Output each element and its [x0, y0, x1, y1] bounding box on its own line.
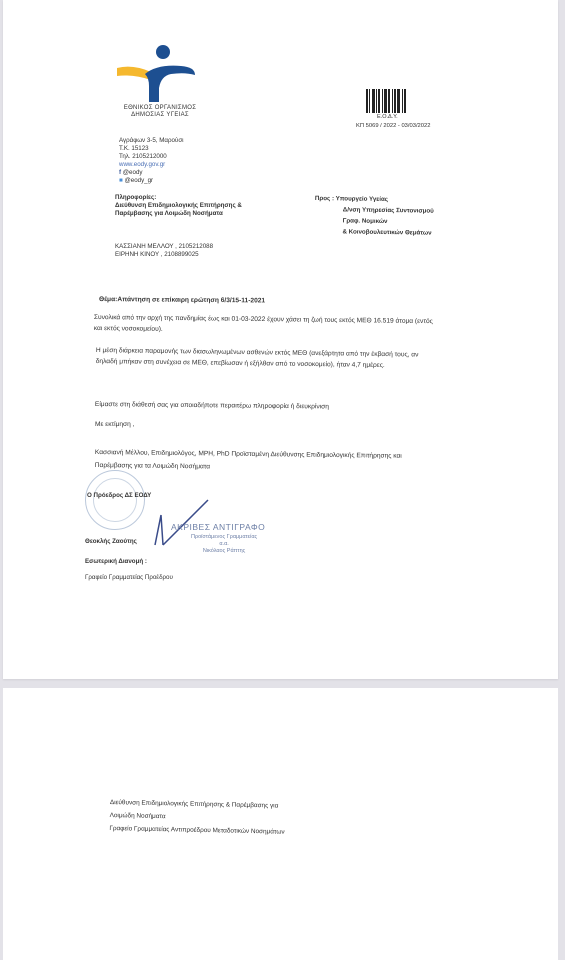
info-block: Πληροφορίες: Διεύθυνση Επιδημιολογικής Ε…	[115, 194, 242, 218]
document-page-2: Διεύθυνση Επιδημιολογικής Επιτήρησης & Π…	[3, 688, 558, 960]
paragraph-2-line2: δηλαδή μπήκαν στη συνέχεια σε ΜΕΘ, επεβί…	[96, 357, 419, 371]
document-page-1: ΕΘΝΙΚΟΣ ΟΡΓΑΝΙΣΜΟΣ ΔΗΜΟΣΙΑΣ ΥΓΕΙΑΣ Αγράφ…	[3, 0, 558, 679]
contact-person-2: ΕΙΡΗΝΗ ΚΙΝΟΥ , 2108899025	[115, 251, 213, 259]
recipient-block: Προς : Υπουργείο Υγείας Δ/νση Υπηρεσίας …	[314, 195, 434, 238]
barcode-icon	[366, 89, 406, 113]
official-seal-icon	[85, 470, 145, 530]
recipient-line4: & Κοινοβουλευτικών Θεμάτων	[314, 228, 433, 238]
paragraph-2: Η μέση διάρκεια παραμονής των διασωληνωμ…	[96, 346, 419, 371]
paragraph-3: Είμαστε στη διάθεσή σας για οποιαδήποτε …	[95, 400, 329, 411]
department-line2: Παρέμβασης για Λοιμώδη Νοσήματα	[115, 210, 242, 218]
certified-copy-line4: Νικόλαος Ράπτης	[191, 548, 257, 555]
certified-copy-details: Προϊστάμενος Γραμματείας α.α. Νικόλαος Ρ…	[191, 534, 257, 555]
distribution-line2: Λοιμώδη Νοσήματα	[110, 811, 285, 825]
distribution-list: Διεύθυνση Επιδημιολογικής Επιτήρησης & Π…	[109, 798, 285, 838]
author-line2: Παρέμβασης για τα Λοιμώδη Νοσήματα	[95, 461, 402, 474]
contact-block: Αγράφων 3-5, Μαρούσι Τ.Κ. 15123 Τηλ. 210…	[119, 137, 184, 185]
recipient-line1: Προς : Υπουργείο Υγείας	[315, 195, 434, 205]
contact-person-1: ΚΑΣΣΙΑΝΗ ΜΕΛΛΟΥ , 2105212088	[115, 243, 213, 251]
recipient-line3: Γραφ. Νομικών	[315, 217, 434, 227]
department-line1: Διεύθυνση Επιδημιολογικής Επιτήρησης &	[115, 202, 242, 210]
twitter-text: @eody_gr	[124, 177, 153, 184]
paragraph-1-line2: και εκτός νοσοκομείου).	[94, 324, 433, 337]
author-line1: Κασσιανή Μέλλου, Επιδημιολόγος, MPH, PhD…	[95, 448, 402, 461]
protocol-number: ΚΠ 5069 / 2022 - 03/03/2022	[356, 122, 430, 130]
twitter-handle: ■ @eody_gr	[119, 177, 184, 185]
info-label: Πληροφορίες:	[115, 194, 242, 202]
signatory-title: Ο Πρόεδρος ΔΣ ΕΟΔΥ	[87, 492, 151, 500]
org-name: ΕΘΝΙΚΟΣ ΟΡΓΑΝΙΣΜΟΣ ΔΗΜΟΣΙΑΣ ΥΓΕΙΑΣ	[115, 105, 205, 119]
certified-copy-line2: Προϊστάμενος Γραμματείας	[191, 534, 257, 541]
address: Αγράφων 3-5, Μαρούσι	[119, 137, 184, 145]
author-block: Κασσιανή Μέλλου, Επιδημιολόγος, MPH, PhD…	[95, 448, 402, 474]
distribution-line3: Γραφείο Γραμματείας Αντιπροέδρου Μεταδοτ…	[109, 824, 284, 838]
internal-distribution-item: Γραφείο Γραμματείας Προέδρου	[85, 574, 173, 582]
postal-code: Τ.Κ. 15123	[119, 145, 184, 153]
certified-copy-stamp: ΑΚΡΙΒΕΣ ΑΝΤΙΓΡΑΦΟ	[171, 522, 265, 532]
paragraph-1: Συνολικά από την αρχή της πανδημίας έως …	[94, 313, 433, 337]
eody-logo-icon	[115, 44, 199, 102]
internal-distribution-label: Εσωτερική Διανομή :	[85, 558, 147, 566]
recipient-line2: Δ/νση Υπηρεσίας Συντονισμού	[315, 206, 434, 216]
phone: Τηλ. 2105212000	[119, 153, 184, 161]
certified-copy-line1: ΑΚΡΙΒΕΣ ΑΝΤΙΓΡΑΦΟ	[171, 522, 265, 532]
signatory-name: Θεοκλής Ζαούτης	[85, 538, 137, 546]
subject: Θέμα:Απάντηση σε επίκαιρη ερώτηση 6/3/15…	[99, 295, 265, 305]
facebook-text: @eody	[123, 169, 143, 176]
contact-persons: ΚΑΣΣΙΑΝΗ ΜΕΛΛΟΥ , 2105212088 ΕΙΡΗΝΗ ΚΙΝΟ…	[115, 243, 213, 259]
website-link[interactable]: www.eody.gov.gr	[119, 161, 184, 169]
facebook-handle: f @eody	[119, 169, 184, 177]
org-name-line2: ΔΗΜΟΣΙΑΣ ΥΓΕΙΑΣ	[115, 112, 205, 119]
closing: Με εκτίμηση ,	[95, 420, 134, 429]
org-name-line1: ΕΘΝΙΚΟΣ ΟΡΓΑΝΙΣΜΟΣ	[115, 105, 205, 112]
barcode-label: Ε.Ο.Δ.Υ.	[377, 113, 398, 121]
certified-copy-line3: α.α.	[191, 541, 257, 548]
distribution-line1: Διεύθυνση Επιδημιολογικής Επιτήρησης & Π…	[110, 798, 285, 812]
